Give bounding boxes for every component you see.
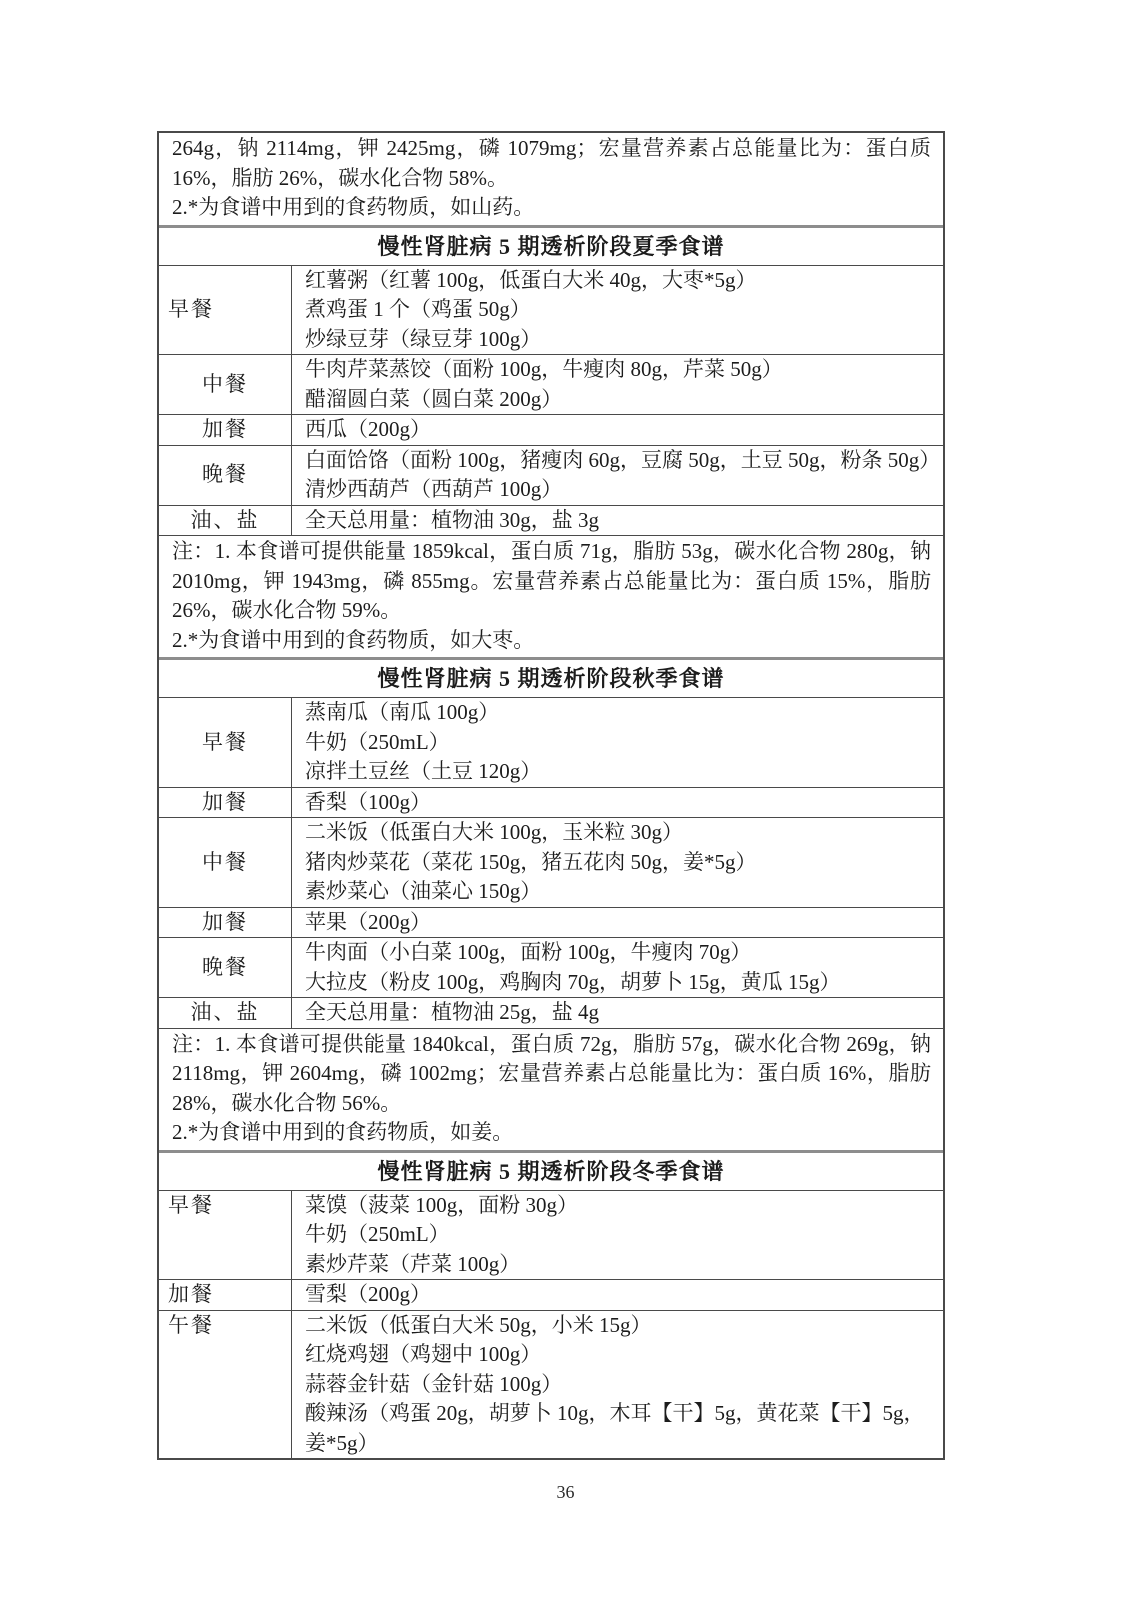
meal-label: 早餐 [159,266,292,355]
meal-label: 早餐 [159,698,292,787]
note-cell: 注：1. 本食谱可提供能量 1859kcal，蛋白质 71g，脂肪 53g，碳水… [159,535,943,657]
document-page: { "page": { "number": "36" }, "top_note"… [0,0,1131,1600]
meal-items: 红薯粥（红薯 100g，低蛋白大米 40g，大枣*5g）煮鸡蛋 1 个（鸡蛋 5… [292,266,943,355]
meal-row: 加餐雪梨（200g） [159,1279,943,1310]
meal-item: 醋溜圆白菜（圆白菜 200g） [305,385,935,415]
meal-items: 全天总用量：植物油 30g，盐 3g [292,506,943,536]
meal-items: 西瓜（200g） [292,415,943,445]
meal-label: 加餐 [159,908,292,938]
meal-label: 加餐 [159,415,292,445]
meal-item: 猪肉炒菜花（菜花 150g，猪五花肉 50g，姜*5g） [305,848,935,878]
meal-row: 晚餐白面饸饹（面粉 100g，猪瘦肉 60g，豆腐 50g，土豆 50g，粉条 … [159,445,943,505]
meal-label: 加餐 [159,1280,292,1310]
meal-label: 中餐 [159,355,292,414]
meal-items: 二米饭（低蛋白大米 100g，玉米粒 30g）猪肉炒菜花（菜花 150g，猪五花… [292,818,943,907]
meal-row: 早餐蒸南瓜（南瓜 100g）牛奶（250mL）凉拌土豆丝（土豆 120g） [159,697,943,787]
meal-label: 油、盐 [159,506,292,536]
meal-row: 加餐香梨（100g） [159,787,943,818]
meal-items: 白面饸饹（面粉 100g，猪瘦肉 60g，豆腐 50g，土豆 50g，粉条 50… [292,446,943,505]
meal-label: 午餐 [159,1311,292,1459]
meal-item: 二米饭（低蛋白大米 50g，小米 15g） [305,1311,935,1341]
meal-items: 菜馍（菠菜 100g，面粉 30g）牛奶（250mL）素炒芹菜（芹菜 100g） [292,1191,943,1280]
meal-item: 凉拌土豆丝（土豆 120g） [305,757,935,787]
meal-label: 加餐 [159,788,292,818]
meal-label: 早餐 [159,1191,292,1280]
note-line: 注：1. 本食谱可提供能量 1859kcal，蛋白质 71g，脂肪 53g，碳水… [172,537,931,626]
table-title: 慢性肾脏病 5 期透析阶段秋季食谱 [159,657,943,697]
meal-item: 素炒菜心（油菜心 150g） [305,877,935,907]
meal-items: 苹果（200g） [292,908,943,938]
table-title: 慢性肾脏病 5 期透析阶段冬季食谱 [159,1150,943,1190]
meal-plan-table: 264g，钠 2114mg，钾 2425mg，磷 1079mg；宏量营养素占总能… [157,131,945,1460]
note-line: 264g，钠 2114mg，钾 2425mg，磷 1079mg；宏量营养素占总能… [172,134,931,193]
meal-item: 红烧鸡翅（鸡翅中 100g） [305,1340,935,1370]
meal-item: 清炒西葫芦（西葫芦 100g） [305,475,935,505]
meal-row: 油、盐全天总用量：植物油 25g，盐 4g [159,997,943,1028]
meal-row: 晚餐牛肉面（小白菜 100g，面粉 100g，牛瘦肉 70g）大拉皮（粉皮 10… [159,937,943,997]
meal-item: 牛奶（250mL） [305,1220,935,1250]
meal-label: 晚餐 [159,446,292,505]
meal-label: 晚餐 [159,938,292,997]
meal-item: 全天总用量：植物油 30g，盐 3g [305,506,935,536]
meal-items: 雪梨（200g） [292,1280,943,1310]
meal-item: 牛奶（250mL） [305,728,935,758]
meal-row: 油、盐全天总用量：植物油 30g，盐 3g [159,505,943,536]
meal-row: 早餐红薯粥（红薯 100g，低蛋白大米 40g，大枣*5g）煮鸡蛋 1 个（鸡蛋… [159,265,943,355]
meal-item: 酸辣汤（鸡蛋 20g，胡萝卜 10g，木耳【干】5g，黄花菜【干】5g，姜*5g… [305,1399,935,1458]
meal-item: 苹果（200g） [305,908,935,938]
meal-items: 牛肉芹菜蒸饺（面粉 100g，牛瘦肉 80g，芹菜 50g）醋溜圆白菜（圆白菜 … [292,355,943,414]
meal-label: 中餐 [159,818,292,907]
meal-item: 炒绿豆芽（绿豆芽 100g） [305,325,935,355]
meal-row: 中餐二米饭（低蛋白大米 100g，玉米粒 30g）猪肉炒菜花（菜花 150g，猪… [159,817,943,907]
page-number: 36 [0,1482,1131,1503]
meal-item: 菜馍（菠菜 100g，面粉 30g） [305,1191,935,1221]
note-line: 2.*为食谱中用到的食药物质，如山药。 [172,193,931,223]
meal-row: 午餐二米饭（低蛋白大米 50g，小米 15g）红烧鸡翅（鸡翅中 100g）蒜蓉金… [159,1310,943,1459]
meal-items: 香梨（100g） [292,788,943,818]
meal-row: 中餐牛肉芹菜蒸饺（面粉 100g，牛瘦肉 80g，芹菜 50g）醋溜圆白菜（圆白… [159,354,943,414]
meal-items: 全天总用量：植物油 25g，盐 4g [292,998,943,1028]
table-title: 慢性肾脏病 5 期透析阶段夏季食谱 [159,225,943,265]
note-line: 2.*为食谱中用到的食药物质，如大枣。 [172,626,931,656]
note-line: 注：1. 本食谱可提供能量 1840kcal，蛋白质 72g，脂肪 57g，碳水… [172,1030,931,1119]
continued-note-cell: 264g，钠 2114mg，钾 2425mg，磷 1079mg；宏量营养素占总能… [159,133,943,225]
meal-item: 蒜蓉金针菇（金针菇 100g） [305,1370,935,1400]
meal-item: 牛肉面（小白菜 100g，面粉 100g，牛瘦肉 70g） [305,938,935,968]
meal-item: 煮鸡蛋 1 个（鸡蛋 50g） [305,295,935,325]
note-line: 2.*为食谱中用到的食药物质，如姜。 [172,1118,931,1148]
meal-item: 白面饸饹（面粉 100g，猪瘦肉 60g，豆腐 50g，土豆 50g，粉条 50… [305,446,935,476]
note-cell: 注：1. 本食谱可提供能量 1840kcal，蛋白质 72g，脂肪 57g，碳水… [159,1028,943,1150]
meal-row: 加餐苹果（200g） [159,907,943,938]
meal-row: 早餐菜馍（菠菜 100g，面粉 30g）牛奶（250mL）素炒芹菜（芹菜 100… [159,1190,943,1280]
meal-item: 全天总用量：植物油 25g，盐 4g [305,998,935,1028]
meal-item: 牛肉芹菜蒸饺（面粉 100g，牛瘦肉 80g，芹菜 50g） [305,355,935,385]
meal-items: 蒸南瓜（南瓜 100g）牛奶（250mL）凉拌土豆丝（土豆 120g） [292,698,943,787]
meal-item: 蒸南瓜（南瓜 100g） [305,698,935,728]
meal-item: 素炒芹菜（芹菜 100g） [305,1250,935,1280]
meal-item: 二米饭（低蛋白大米 100g，玉米粒 30g） [305,818,935,848]
meal-item: 香梨（100g） [305,788,935,818]
meal-items: 二米饭（低蛋白大米 50g，小米 15g）红烧鸡翅（鸡翅中 100g）蒜蓉金针菇… [292,1311,943,1459]
meal-items: 牛肉面（小白菜 100g，面粉 100g，牛瘦肉 70g）大拉皮（粉皮 100g… [292,938,943,997]
meal-row: 加餐西瓜（200g） [159,414,943,445]
meal-item: 大拉皮（粉皮 100g，鸡胸肉 70g，胡萝卜 15g，黄瓜 15g） [305,968,935,998]
meal-label: 油、盐 [159,998,292,1028]
meal-item: 雪梨（200g） [305,1280,935,1310]
meal-item: 红薯粥（红薯 100g，低蛋白大米 40g，大枣*5g） [305,266,935,296]
meal-item: 西瓜（200g） [305,415,935,445]
